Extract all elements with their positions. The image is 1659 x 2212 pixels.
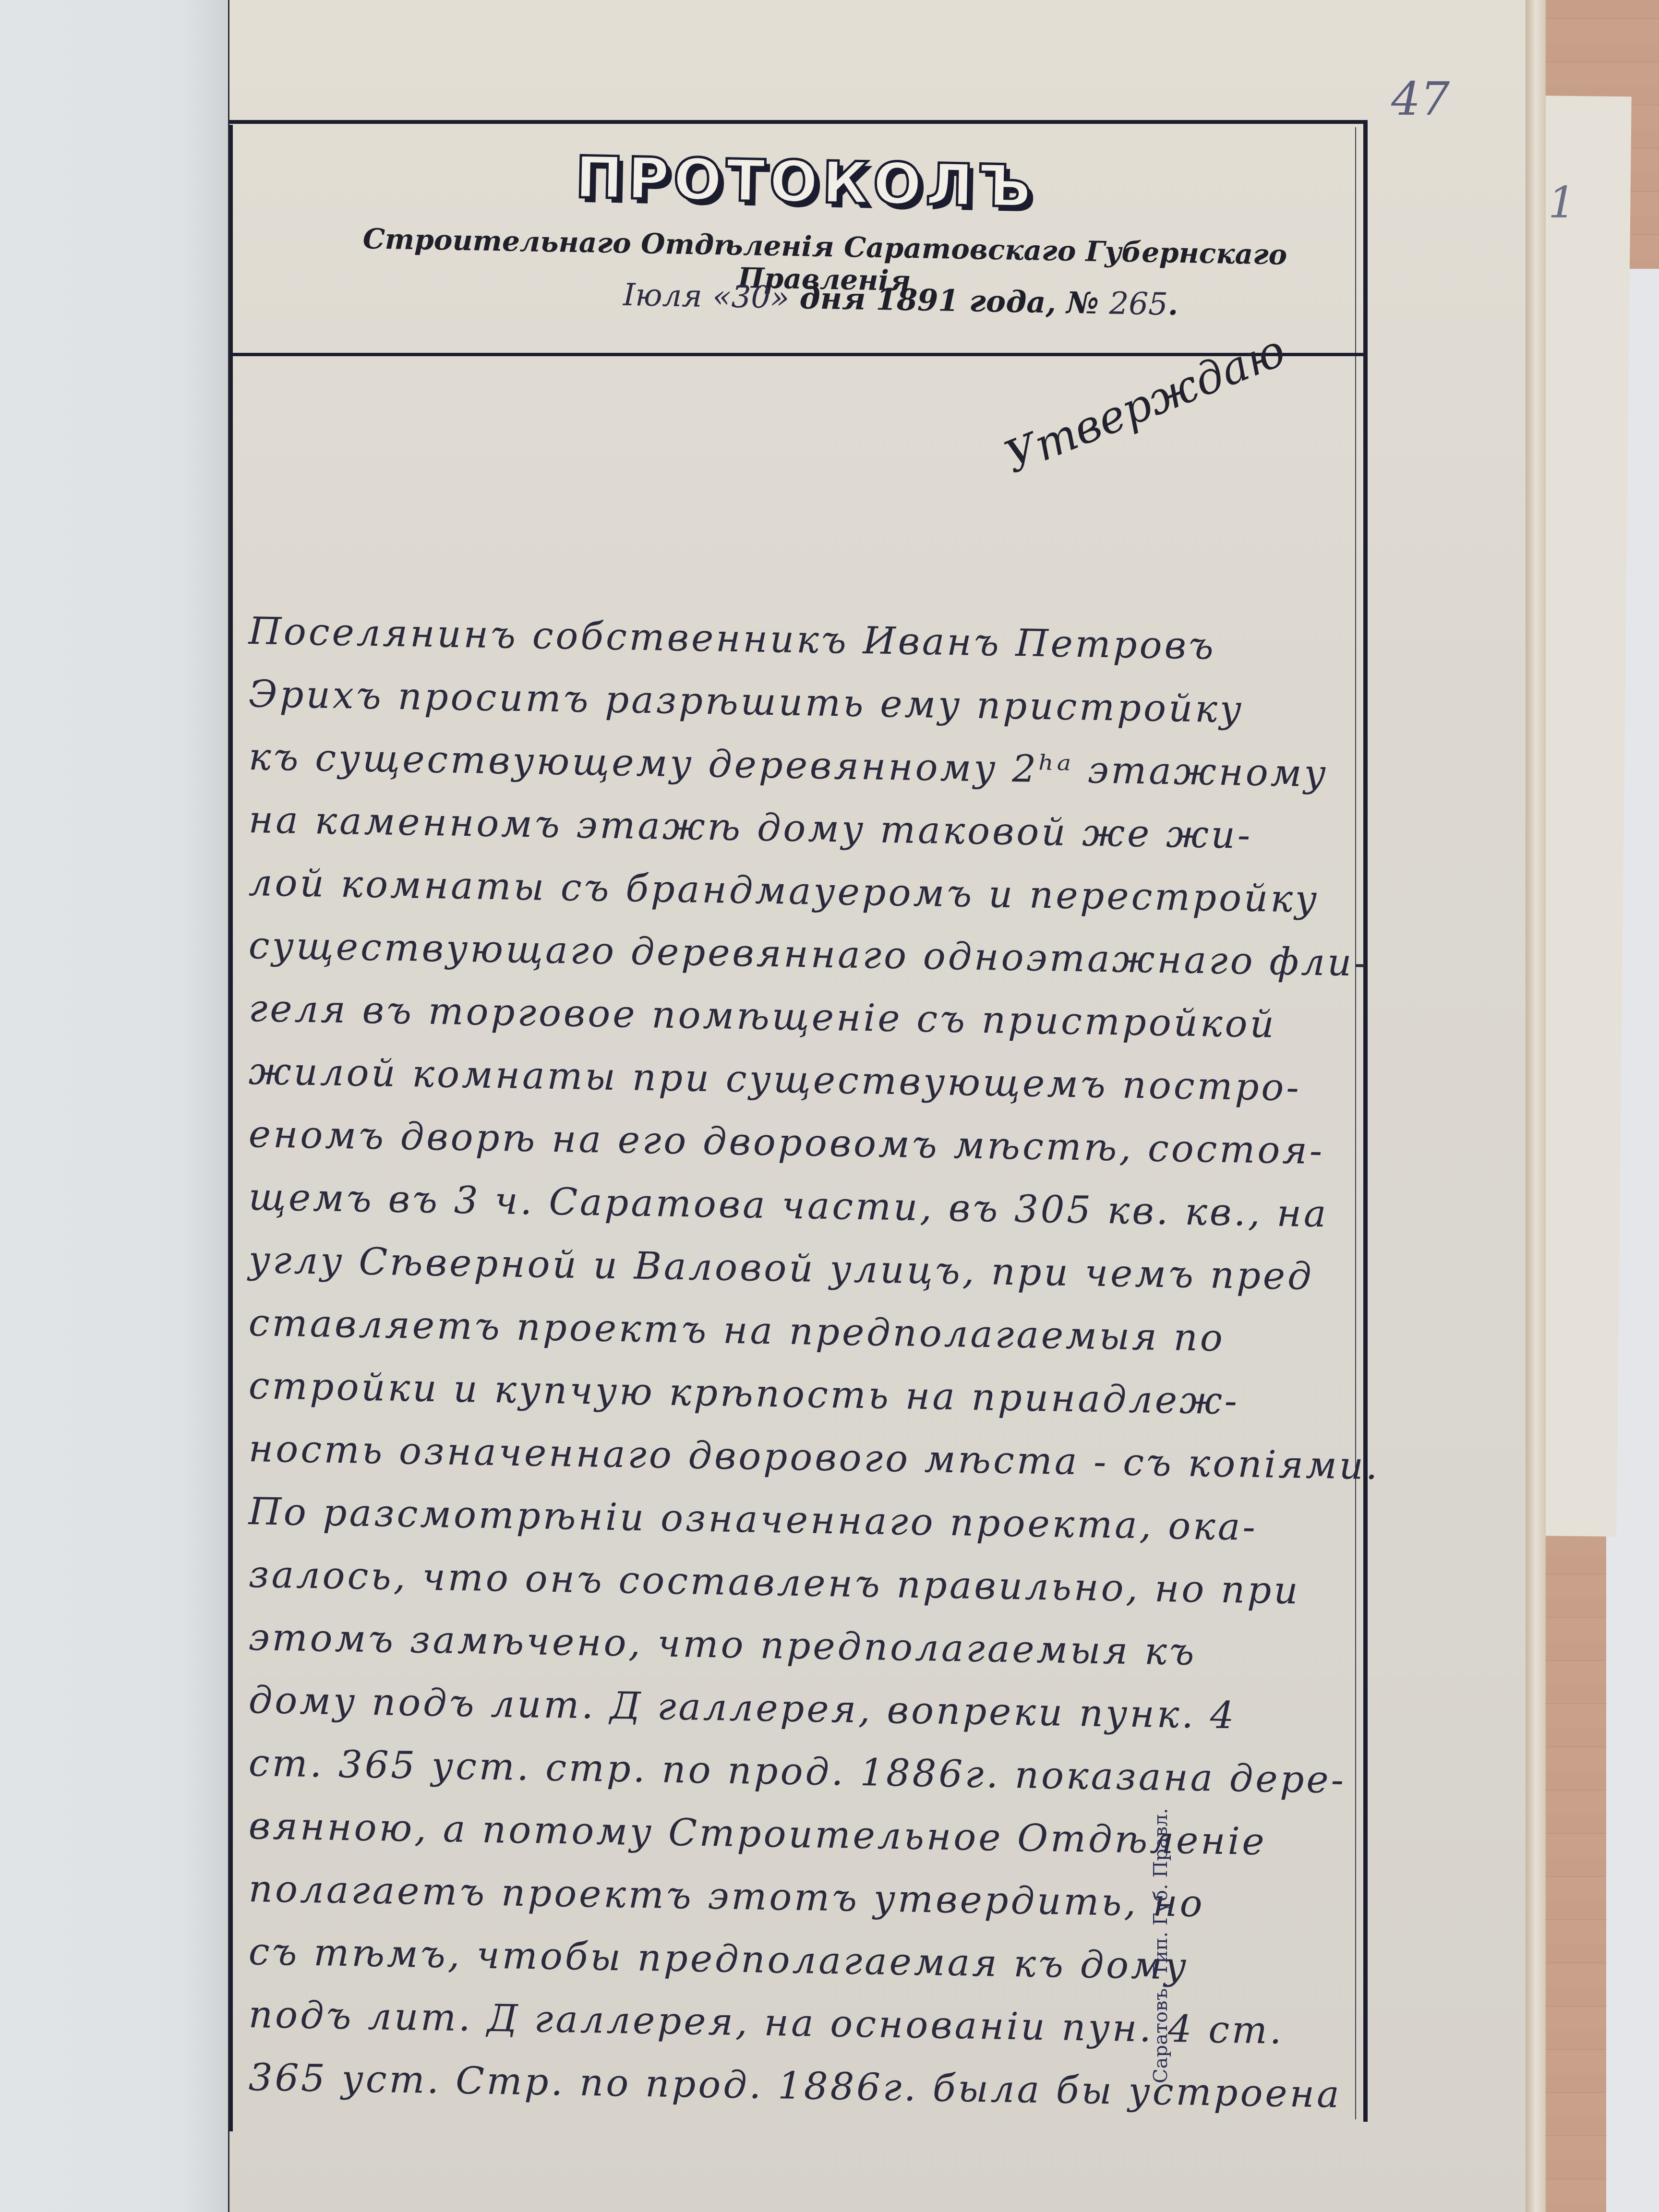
printer-imprint: Саратовъ. Тип. Губ. Правл. xyxy=(1150,1808,1172,2083)
left-facing-page xyxy=(0,0,229,2212)
date-printed: дня 1891 года, № xyxy=(799,280,1099,321)
frame-border-top xyxy=(229,120,1365,124)
document-page: 47 ПРОТОКОЛЪ Строительнаго Отдѣленія Сар… xyxy=(229,0,1526,2212)
back-sheet-number: 1 xyxy=(1548,178,1575,228)
date-trailing: . xyxy=(1167,287,1178,322)
protocol-number: 265 xyxy=(1109,286,1168,322)
frame-border-right xyxy=(1363,120,1368,2122)
handwritten-body: Поселянинъ собственникъ Иванъ ПетровъЭри… xyxy=(249,600,1358,2109)
date-day: «30» xyxy=(712,279,790,316)
page-number: 47 xyxy=(1391,72,1450,126)
date-month: Іюля xyxy=(623,277,702,314)
document-title: ПРОТОКОЛЪ xyxy=(575,144,1008,220)
